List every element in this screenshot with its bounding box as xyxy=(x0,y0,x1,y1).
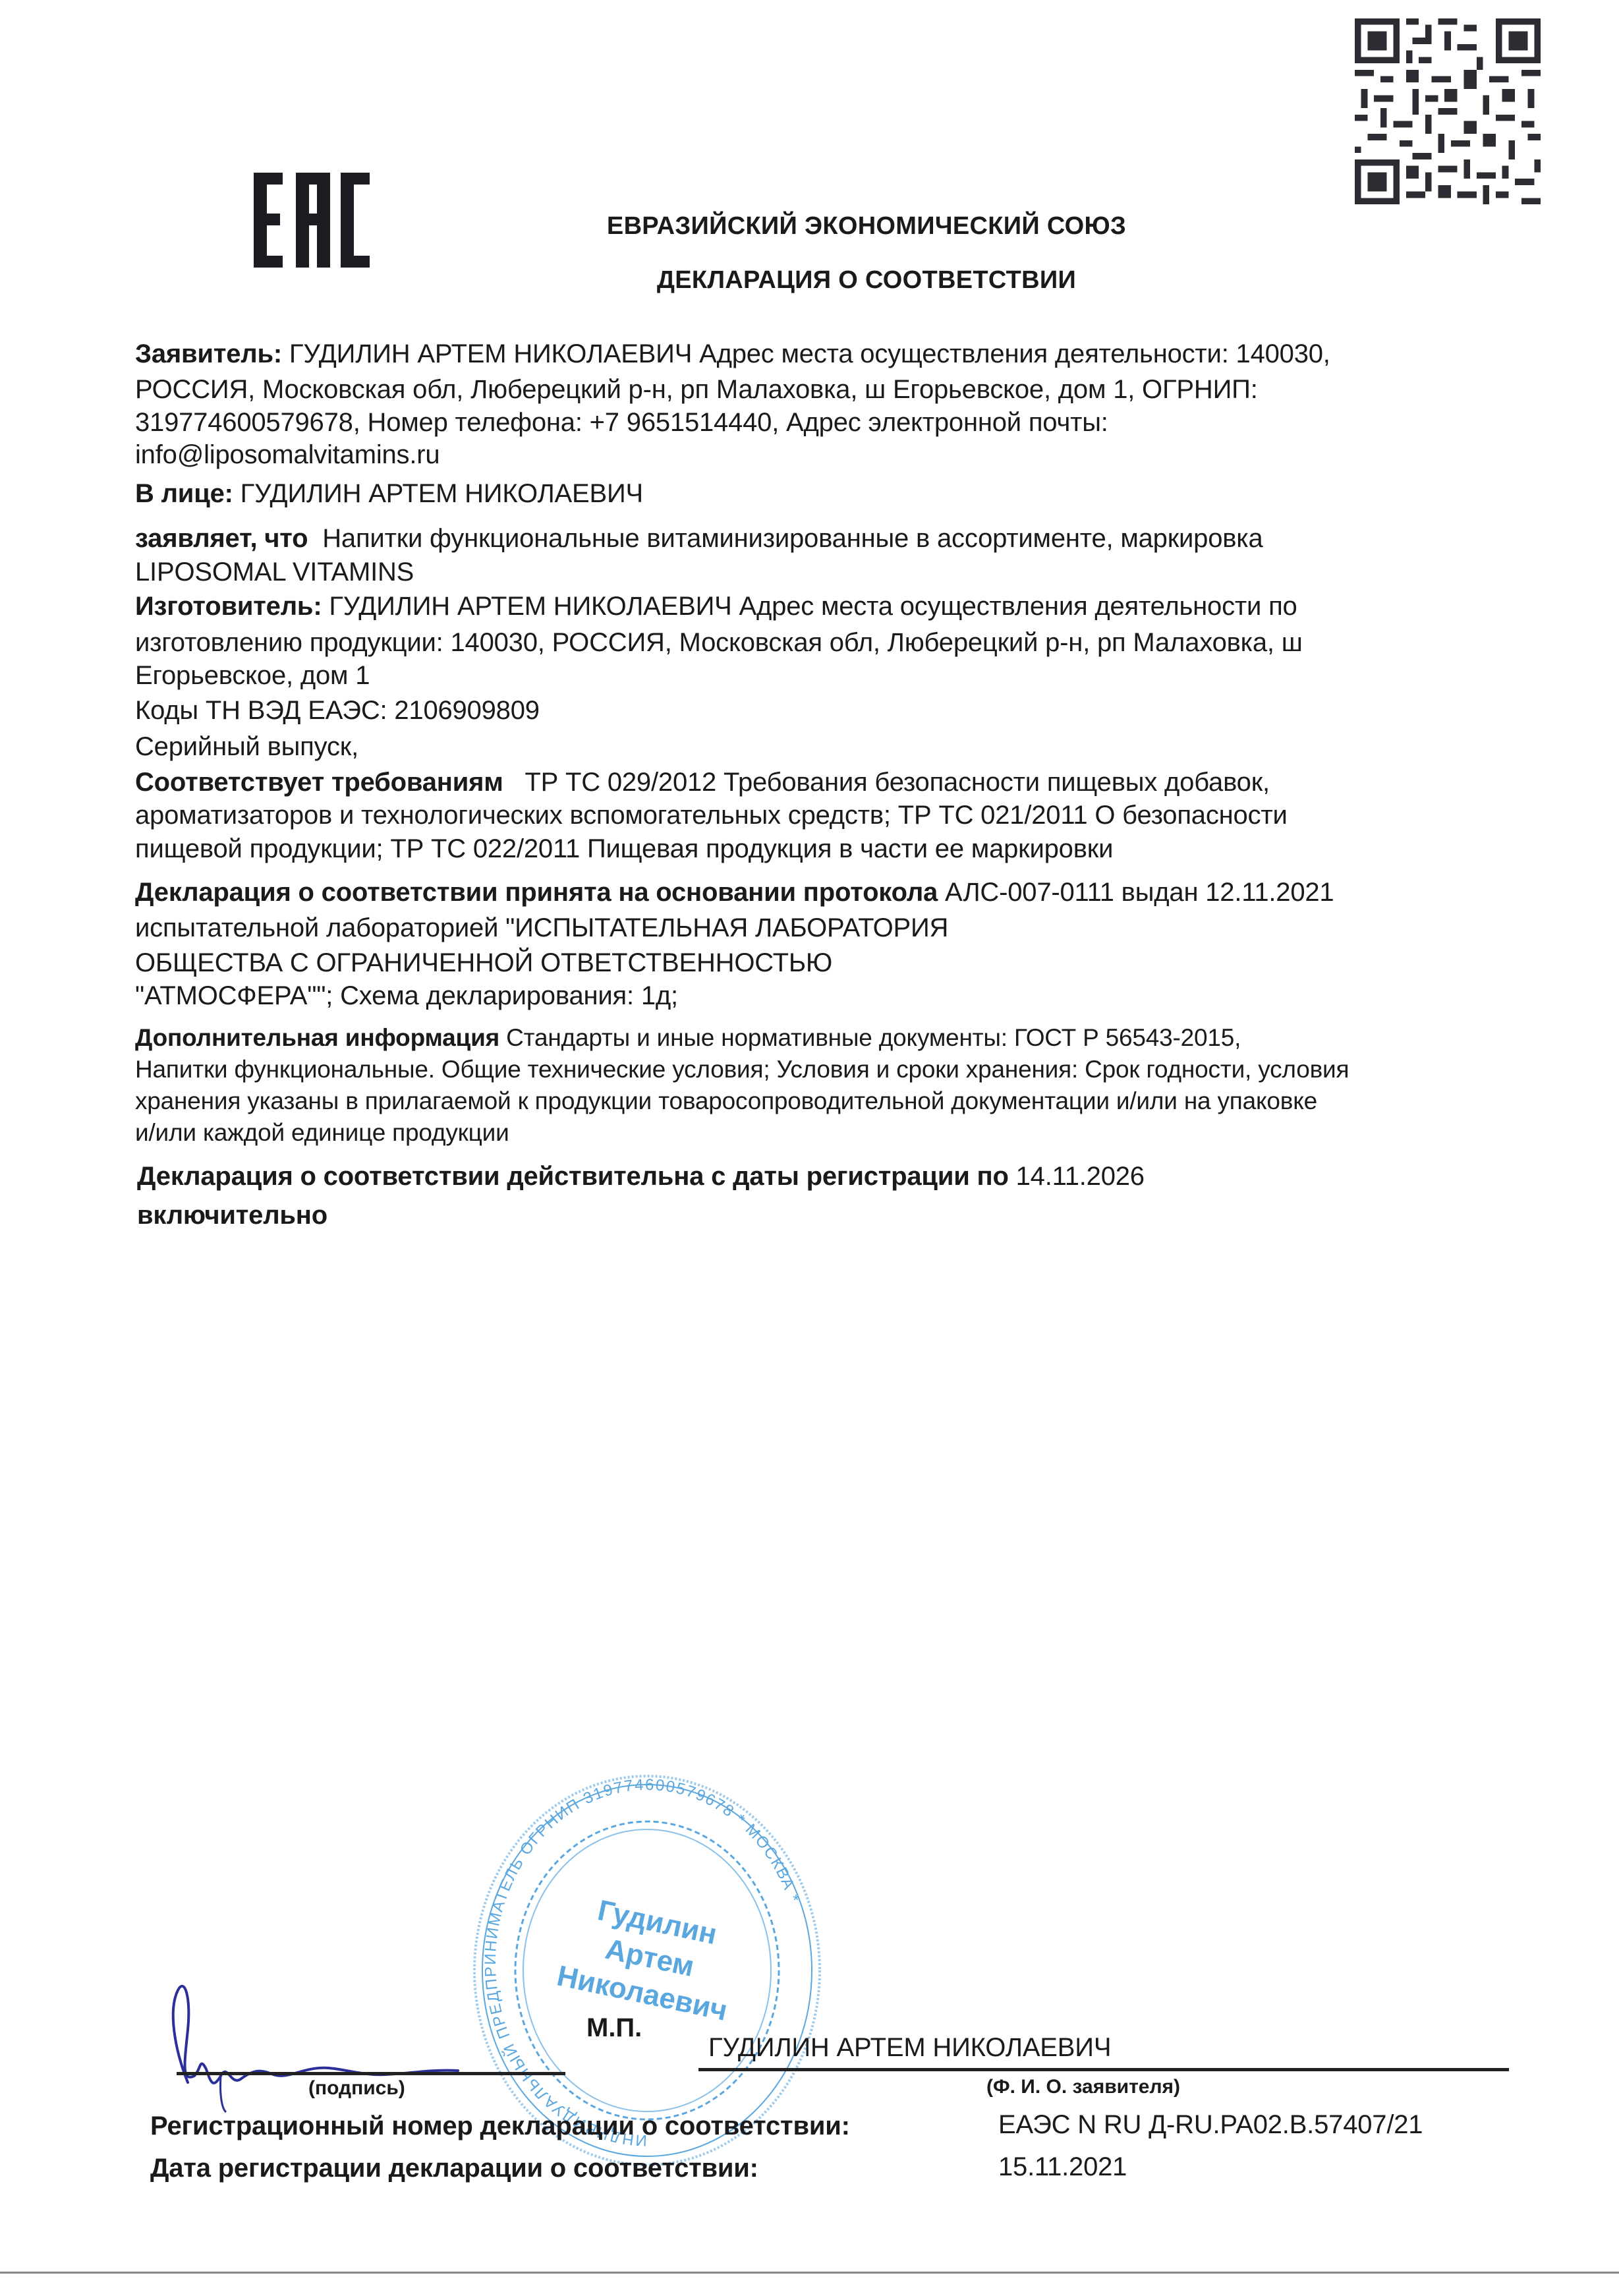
additional-line-1: Дополнительная информация Стандарты и ин… xyxy=(135,1020,1241,1056)
stamp-place-mark: М.П. xyxy=(586,2013,642,2043)
declares-line-1: заявляет, что Напитки функциональные вит… xyxy=(135,521,1263,556)
product-description: Напитки функциональные витаминизированны… xyxy=(308,524,1263,553)
applicant-name: ГУДИЛИН АРТЕМ НИКОЛАЕВИЧ xyxy=(708,2030,1111,2065)
applicant-value: ГУДИЛИН АРТЕМ НИКОЛАЕВИЧ Адрес места осу… xyxy=(282,339,1330,368)
protocol-value: АЛС-007-0111 выдан 12.11.2021 xyxy=(938,878,1334,907)
protocol-line-3: ОБЩЕСТВА С ОГРАНИЧЕННОЙ ОТВЕТСТВЕННОСТЬЮ xyxy=(135,945,832,981)
compliance-value: ТР ТС 029/2012 Требования безопасности п… xyxy=(503,768,1270,797)
registration-number-value: ЕАЭС N RU Д-RU.РА02.В.57407/21 xyxy=(998,2107,1423,2142)
representative-line: В лице: ГУДИЛИН АРТЕМ НИКОЛАЕВИЧ xyxy=(135,476,643,511)
additional-line-3: хранения указаны в прилагаемой к продукц… xyxy=(135,1083,1317,1119)
protocol-line-2: испытательной лабораторией "ИСПЫТАТЕЛЬНА… xyxy=(135,910,948,946)
page-edge-line xyxy=(0,2272,1619,2274)
validity-line: Декларация о соответствии действительна … xyxy=(137,1159,1145,1194)
compliance-line-3: пищевой продукции; ТР ТС 022/2011 Пищева… xyxy=(135,831,1113,867)
representative-label: В лице: xyxy=(135,479,233,508)
applicant-line-3: 319774600579678, Номер телефона: +7 9651… xyxy=(135,405,1108,440)
manufacturer-line-2: изготовлению продукции: 140030, РОССИЯ, … xyxy=(135,625,1303,660)
registration-date-label: Дата регистрации декларации о соответств… xyxy=(150,2150,758,2186)
applicant-line-2: РОССИЯ, Московская обл, Люберецкий р-н, … xyxy=(135,372,1258,407)
declares-label: заявляет, что xyxy=(135,524,308,553)
manufacturer-line-3: Егорьевское, дом 1 xyxy=(135,658,370,693)
compliance-line-1: Соответствует требованиям ТР ТС 029/2012… xyxy=(135,764,1270,800)
qr-code-icon xyxy=(1354,18,1541,204)
protocol-label: Декларация о соответствии принята на осн… xyxy=(135,878,938,907)
applicant-email: info@liposomalvitamins.ru xyxy=(135,437,440,473)
additional-line-4: и/или каждой единице продукции xyxy=(135,1115,509,1151)
representative-value: ГУДИЛИН АРТЕМ НИКОЛАЕВИЧ xyxy=(233,479,643,508)
additional-value: Стандарты и иные нормативные документы: … xyxy=(499,1024,1241,1051)
applicant-label: Заявитель: xyxy=(135,339,282,368)
registration-number-label: Регистрационный номер декларации о соотв… xyxy=(150,2108,850,2144)
signature-underline xyxy=(177,2072,565,2075)
compliance-label: Соответствует требованиям xyxy=(135,768,503,797)
additional-line-2: Напитки функциональные. Общие технически… xyxy=(135,1052,1349,1087)
compliance-line-2: ароматизаторов и технологических вспомог… xyxy=(135,797,1288,833)
validity-label: Декларация о соответствии действительна … xyxy=(137,1162,1009,1191)
manufacturer-line-1: Изготовитель: ГУДИЛИН АРТЕМ НИКОЛАЕВИЧ А… xyxy=(135,588,1297,624)
union-title: ЕВРАЗИЙСКИЙ ЭКОНОМИЧЕСКИЙ СОЮЗ xyxy=(0,212,1619,241)
name-caption: (Ф. И. О. заявителя) xyxy=(986,2076,1180,2098)
additional-label: Дополнительная информация xyxy=(135,1024,499,1051)
release-type: Серийный выпуск, xyxy=(135,729,358,764)
manufacturer-label: Изготовитель: xyxy=(135,592,322,621)
manufacturer-value: ГУДИЛИН АРТЕМ НИКОЛАЕВИЧ Адрес места осу… xyxy=(322,592,1297,621)
registration-date-value: 15.11.2021 xyxy=(998,2149,1127,2185)
applicant-line-1: Заявитель: ГУДИЛИН АРТЕМ НИКОЛАЕВИЧ Адре… xyxy=(135,336,1330,372)
product-marking: LIPOSOMAL VITAMINS xyxy=(135,554,414,590)
document-title: ДЕКЛАРАЦИЯ О СООТВЕТСТВИИ xyxy=(0,266,1619,295)
protocol-line-1: Декларация о соответствии принята на осн… xyxy=(135,875,1334,910)
protocol-line-4: "АТМОСФЕРА""; Схема декларирования: 1д; xyxy=(135,978,678,1014)
name-underline xyxy=(698,2068,1509,2071)
validity-suffix: включительно xyxy=(137,1197,327,1233)
validity-date: 14.11.2026 xyxy=(1009,1162,1145,1191)
signature-caption: (подпись) xyxy=(308,2077,405,2100)
tnved-codes: Коды ТН ВЭД ЕАЭС: 2106909809 xyxy=(135,693,540,728)
